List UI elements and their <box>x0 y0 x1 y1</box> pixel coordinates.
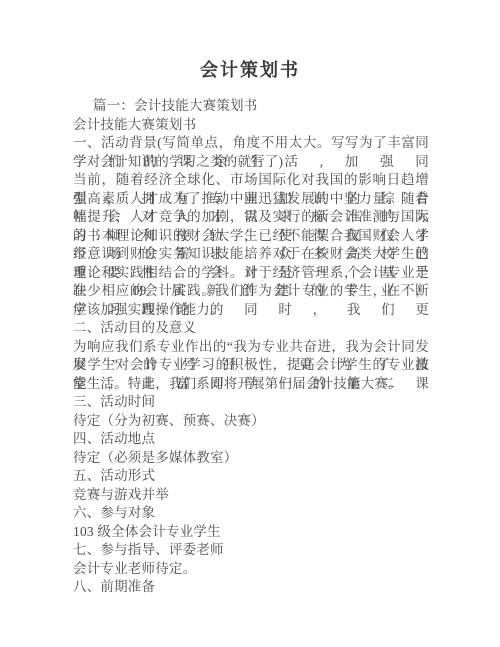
document-line: 八、前期准备 <box>73 578 429 597</box>
document-line: 五、活动形式 <box>73 467 429 486</box>
document-body: 篇一：会计技能大赛策划书会计技能大赛策划书一、活动背景(写简单点，角度不用太大。… <box>73 97 429 597</box>
document-line: 幅提升，人才竞争的加剧，以及实行的新会计准测与国际的顺利接轨，使得仅仅学 <box>73 208 429 227</box>
document-line: 一、活动背景(写简单点，角度不用太大。写写为了丰富同学们的课余生活,加强同 <box>73 134 429 153</box>
document-page: 会计策划书 篇一：会计技能大赛策划书会计技能大赛策划书一、活动背景(写简单点，角… <box>0 0 500 647</box>
document-line: 会计技能大赛策划书 <box>73 116 429 135</box>
document-line: 习书本理论知识的财会大学生已经不能契合我国财会人才市场的需求。众多高校已 <box>73 227 429 246</box>
document-line: 堂生活。特此，我们系即将开展第一届会计技能大赛。 <box>73 375 429 394</box>
document-line: 四、活动地点 <box>73 430 429 449</box>
document-line: 103 级全体会计专业学生 <box>73 523 429 542</box>
document-line: 竞赛与游戏并举 <box>73 486 429 505</box>
document-line: 六、参与对象 <box>73 504 429 523</box>
document-line: 当前，随着经济全球化、市场国际化对我国的影响日趋增强，拥有专业知识的综合 <box>73 171 429 190</box>
document-line: 型高素质人才成为了推动中国迅猛发展的中坚力量。随着社会对人才需求标准的大 <box>73 190 429 209</box>
document-line: 待定（分为初赛、预赛、决赛） <box>73 412 429 431</box>
document-line: 会计专业老师待定。 <box>73 560 429 579</box>
document-line: 发学生对会计专业学习的积极性，提高会计学生的专业技能，丰富同学们的第二课 <box>73 356 429 375</box>
document-line: 理论和实践相结合的学科。对于经济管理系，会计专业是在 09 届新创建的专业， <box>73 264 429 283</box>
document-title: 会计策划书 <box>0 56 500 82</box>
document-line: 二、活动目的及意义 <box>73 319 429 338</box>
document-line: 三、活动时间 <box>73 393 429 412</box>
document-line: 七、参与指导、评委老师 <box>73 541 429 560</box>
document-line: 为响应我们系专业作出的“我为专业共奋进，我为会计同发展”的号召，更为了激 <box>73 338 429 357</box>
document-line: 缺少相应的会计实践。我们作为会计专业的学生，在不断学习理论的同时，我们更 <box>73 282 429 301</box>
document-line: 篇一：会计技能大赛策划书 <box>73 97 429 116</box>
document-line: 待定（必须是多媒体教室） <box>73 449 429 468</box>
document-line: 经意识到财会实务知识技能培养对于在校财会类大学生的重要性。会计是一个基于 <box>73 245 429 264</box>
